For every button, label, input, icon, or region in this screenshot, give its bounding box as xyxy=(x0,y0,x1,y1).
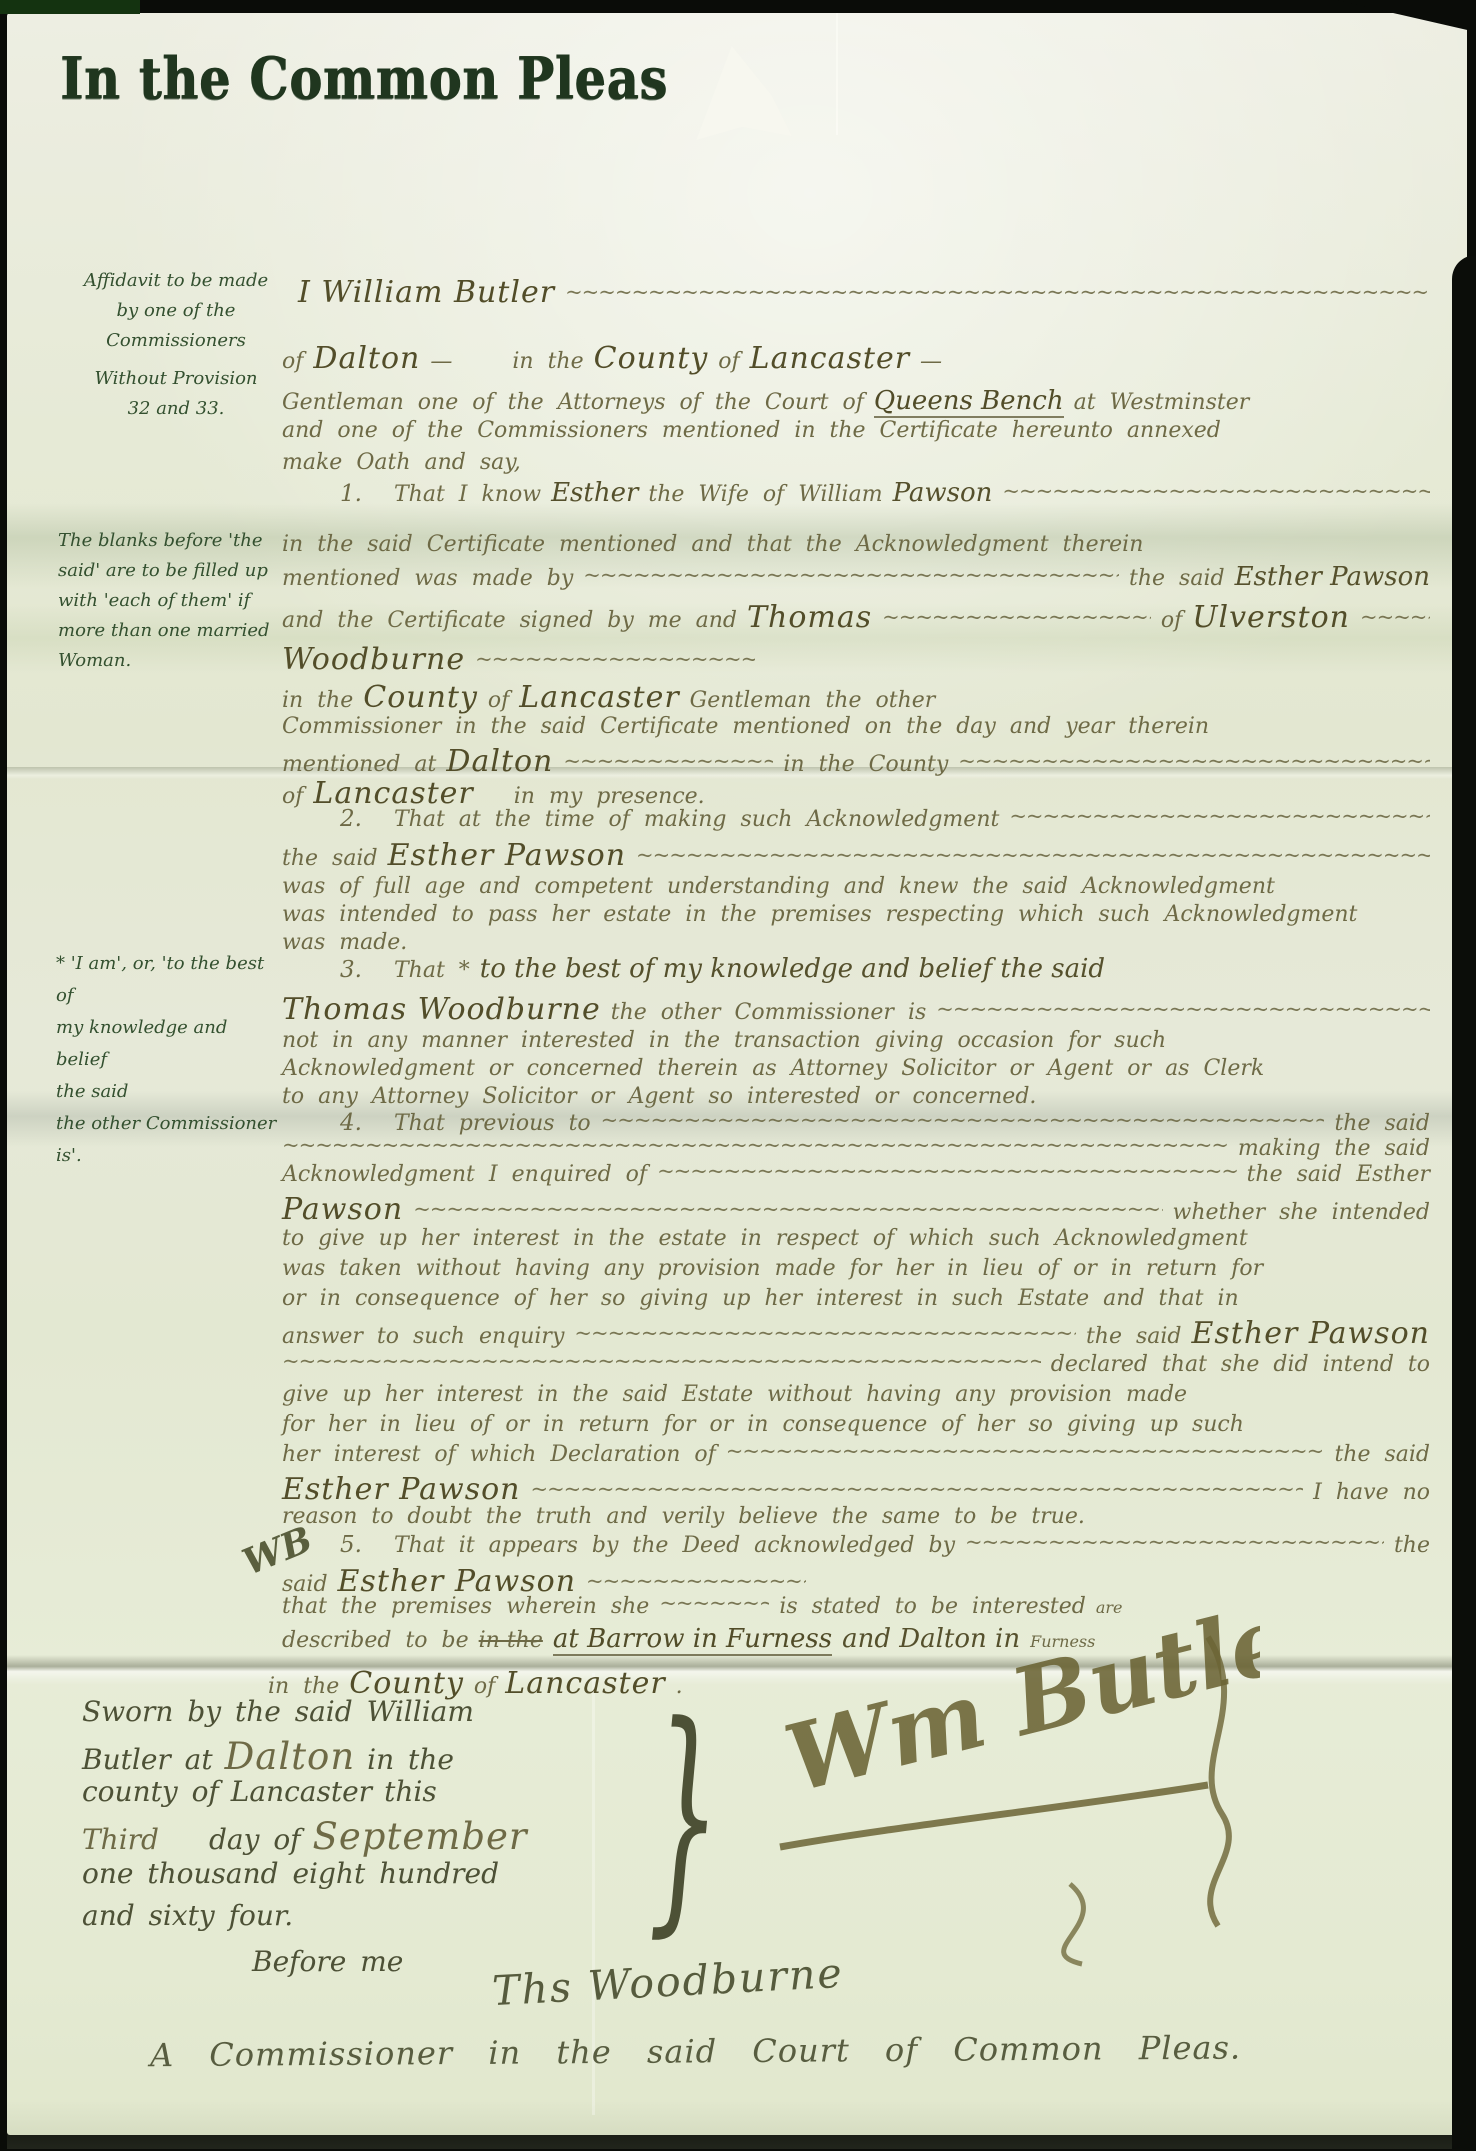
handwriting-segment: Queens Bench xyxy=(874,386,1064,418)
handwriting-segment: Pawson xyxy=(893,478,993,508)
handwritten-line: mentioned atDalton~~~~~~~~~~~~~~~~~~~~~~… xyxy=(282,744,1440,779)
handwritten-line: Esther Pawson~~~~~~~~~~~~~~~~~~~~~~~~~~~… xyxy=(282,1472,1440,1507)
filler-squiggle: ~~~~~~~~~~~~~~~~~~~~~~~~~~~~~~~~~~~~~~~~… xyxy=(936,997,1430,1021)
handwriting-segment: Third xyxy=(82,1823,159,1856)
filler-squiggle: ~~~~~~~~~~~~~~~~~~~~~~~~~~~~~~~~~~~~~~~~… xyxy=(1009,804,1430,828)
handwritten-line: ~~~~~~~~~~~~~~~~~~~~~~~~~~~~~~~~~~~~~~~~… xyxy=(282,1352,1440,1377)
margin-note-line: * 'I am', or, 'to the best of xyxy=(56,948,280,1012)
handwritten-line: Woodburne~~~~~~~~~~~~~~~~~~~~~~~~~~~~~~~… xyxy=(282,642,1440,677)
handwritten-line: Pawson~~~~~~~~~~~~~~~~~~~~~~~~~~~~~~~~~~… xyxy=(282,1192,1440,1227)
handwritten-line: in the said Certificate mentioned and th… xyxy=(282,532,1440,557)
filler-squiggle: ~~~~~~~~~~~~~~~~~~~~~~~~~~~~~~~~~~~~~~~~… xyxy=(636,843,1430,867)
handwriting-segment: Pawson xyxy=(282,1192,403,1227)
document-page: In the Common Pleas Affidavit to be made… xyxy=(0,0,1476,2151)
handwriting-segment: in the xyxy=(512,349,583,374)
margin-note-line: with 'each of them' if xyxy=(58,586,282,616)
filler-squiggle: ~~~~~~~~~~~~~~~~~~~~~~~~~~~~~~~~~~~~~~~~… xyxy=(958,749,1430,773)
handwriting-segment: Dalton xyxy=(446,744,553,779)
paragraph-number: 3. xyxy=(340,957,384,983)
handwritten-line: in theCountyofLancasterGentleman the oth… xyxy=(282,680,1440,715)
margin-note-line: my knowledge and belief xyxy=(56,1012,280,1076)
handwriting-segment: to any Attorney Solicitor or Agent so in… xyxy=(282,1084,1036,1109)
handwritten-line: was intended to pass her estate in the p… xyxy=(282,902,1440,927)
handwritten-line: was made. xyxy=(282,930,1440,955)
attestation-brace: } xyxy=(648,1672,721,1959)
handwriting-segment: the said xyxy=(1129,566,1225,591)
handwriting-segment: Esther Pawson xyxy=(1235,562,1430,592)
handwriting-segment: and sixty four. xyxy=(82,1899,293,1932)
handwriting-segment: was made. xyxy=(282,930,407,955)
handwriting-segment: of xyxy=(718,349,739,374)
margin-note-line: Woman. xyxy=(58,646,282,676)
handwritten-line: county ofLancasterthis xyxy=(82,1775,449,1808)
handwriting-segment: Sworn by the said William xyxy=(82,1695,474,1728)
handwriting-segment: Woodburne xyxy=(282,642,465,677)
handwriting-segment: the said Esther xyxy=(1247,1162,1430,1187)
filler-squiggle: ~~~~~~~~~~~~~~~~~~~~~~~~~~~~~~~~~~~~~~~~… xyxy=(1360,605,1430,629)
handwritten-line: and sixty four. xyxy=(82,1899,305,1932)
handwriting-segment: or in consequence of her so giving up he… xyxy=(282,1286,1239,1311)
margin-note-line: the said xyxy=(56,1076,280,1108)
handwriting-segment: one thousand eight hundred xyxy=(82,1857,499,1890)
handwriting-segment: Lancaster xyxy=(231,1775,372,1808)
handwriting-segment: Thomas xyxy=(747,600,872,635)
handwriting-segment: September xyxy=(313,1815,528,1858)
handwritten-line: ofDalton—in theCountyofLancaster— xyxy=(282,341,1440,376)
filler-squiggle: ~~~~~~~~~~~~~~~~~~~~~~~~~~~~~~~~~~~~~~~~… xyxy=(882,605,1151,629)
handwritten-line: make Oath and say, xyxy=(282,450,1440,475)
handwritten-line: Commissioner in the said Certificate men… xyxy=(282,714,1440,739)
paragraph-number: 2. xyxy=(340,806,384,832)
handwriting-segment: at Westminster xyxy=(1074,390,1250,415)
handwriting-segment: Commissioner in the said Certificate men… xyxy=(282,714,1209,739)
handwriting-segment: make Oath and say, xyxy=(282,450,521,475)
handwriting-segment: Dalton xyxy=(225,1735,356,1778)
handwritten-line: I William Butler~~~~~~~~~~~~~~~~~~~~~~~~… xyxy=(298,275,1440,310)
handwriting-segment: the said xyxy=(1334,1442,1430,1467)
margin-note-line: Commissioners xyxy=(72,326,280,356)
handwriting-segment: Acknowledgment or concerned therein as A… xyxy=(282,1056,1264,1081)
handwriting-segment: in the said Certificate mentioned and th… xyxy=(282,532,1143,557)
handwriting-segment: day of xyxy=(209,1823,301,1856)
handwriting-segment: mentioned was made by xyxy=(282,566,573,591)
handwriting-segment: in the County xyxy=(783,752,948,777)
filler-squiggle: ~~~~~~~~~~~~~~~~~~~~~~~~~~~~~~~~~~~~~~~~… xyxy=(565,280,1430,304)
handwriting-segment: County xyxy=(363,680,478,715)
handwriting-segment: in the xyxy=(367,1743,454,1776)
margin-note-line: 32 and 33. xyxy=(72,394,280,424)
handwritten-line: 2.That at the time of making such Acknow… xyxy=(282,806,1440,832)
margin-note-line: said' are to be filled up xyxy=(58,556,282,586)
handwritten-line: reason to doubt the truth and verily bel… xyxy=(282,1504,1440,1529)
handwriting-segment: Esther xyxy=(551,478,638,508)
filler-squiggle: ~~~~~~~~~~~~~~~~~~~~~~~~~~~~~~~~~~~~~~~~… xyxy=(282,1133,1228,1157)
margin-note-line: Without Provision xyxy=(72,364,280,394)
handwritten-line: Before me xyxy=(252,1945,415,1978)
handwritten-line: to any Attorney Solicitor or Agent so in… xyxy=(282,1084,1440,1109)
margin-note-line: Affidavit to be made xyxy=(72,266,280,296)
handwriting-segment: — xyxy=(920,349,942,374)
handwriting-segment: Butler at xyxy=(82,1743,213,1776)
handwriting-segment: That I know xyxy=(394,482,541,507)
handwriting-segment: That at the time of making such Acknowle… xyxy=(394,807,999,832)
handwritten-line: for her in lieu of or in return for or i… xyxy=(282,1412,1440,1437)
paragraph-number: 1. xyxy=(340,481,384,507)
handwritten-line: was taken without having any provision m… xyxy=(282,1256,1440,1281)
margin-note-line: The blanks before 'the xyxy=(58,526,282,556)
handwritten-line: not in any manner interested in the tran… xyxy=(282,1028,1440,1053)
margin-note-line: by one of the xyxy=(72,296,280,326)
handwriting-segment: That it appears by the Deed acknowledged… xyxy=(394,1533,955,1558)
handwriting-segment: reason to doubt the truth and verily bel… xyxy=(282,1504,1085,1529)
handwriting-segment: to the best of my knowledge and belief t… xyxy=(480,954,1105,984)
handwritten-line: 1.That I knowEstherthe Wife of WilliamPa… xyxy=(282,478,1440,508)
filler-squiggle: ~~~~~~~~~~~~~~~~~~~~~~~~~~~~~~~~~~~~~~~~… xyxy=(1002,479,1430,503)
handwriting-segment: That * xyxy=(394,958,470,983)
handwriting-segment: and the Certificate signed by me and xyxy=(282,608,737,633)
handwritten-line: to give up her interest in the estate in… xyxy=(282,1226,1440,1251)
dark-right-edge xyxy=(1452,255,1476,2151)
handwritten-line: Butler atDaltonin the xyxy=(82,1735,466,1778)
handwriting-segment: Gentleman the other xyxy=(690,688,936,713)
handwriting-segment: of xyxy=(1161,608,1182,633)
margin-note-blanks: The blanks before 'thesaid' are to be fi… xyxy=(58,526,282,676)
handwritten-line: was of full age and competent understand… xyxy=(282,874,1440,899)
handwriting-segment: the Wife of William xyxy=(648,482,882,507)
handwriting-segment: — xyxy=(430,349,452,374)
handwriting-segment: Acknowledgment I enquired of xyxy=(282,1162,647,1187)
handwriting-segment: her interest of which Declaration of xyxy=(282,1442,716,1467)
handwriting-segment: and one of the Commissioners mentioned i… xyxy=(282,418,1221,443)
filler-squiggle: ~~~~~~~~~~~~~~~~~~~~~~~~~~~~~~~~~~~~~~~~… xyxy=(530,1477,1303,1501)
handwriting-segment: Thomas Woodburne xyxy=(282,992,601,1027)
handwriting-segment: that the premises wherein she xyxy=(282,1594,649,1619)
handwriting-segment: the said xyxy=(1086,1324,1182,1349)
handwritten-line: one thousand eight hundred xyxy=(82,1857,511,1890)
filler-squiggle: ~~~~~~~~~~~~~~~~~~~~~~~~~~~~~~~~~~~~~~~~… xyxy=(601,1108,1325,1132)
handwriting-segment: give up her interest in the said Estate … xyxy=(282,1382,1187,1407)
handwriting-segment: answer to such enquiry xyxy=(282,1324,564,1349)
margin-note-line: more than one married xyxy=(58,616,282,646)
handwritten-line: Thomas Woodburnethe other Commissioner i… xyxy=(282,992,1440,1027)
signature-flourish-2 xyxy=(1064,1884,1084,1964)
handwriting-segment: was taken without having any provision m… xyxy=(282,1256,1263,1281)
paragraph-number: 5. xyxy=(340,1532,384,1558)
handwritten-line: ~~~~~~~~~~~~~~~~~~~~~~~~~~~~~~~~~~~~~~~~… xyxy=(282,1136,1440,1161)
handwriting-segment: Lancaster xyxy=(519,680,679,715)
filler-squiggle: ~~~~~~~~~~~~~~~~~~~~~~~~~~~~~~~~~~~~~~~~… xyxy=(574,1321,1076,1345)
handwritten-line: Gentleman one of the Attorneys of the Co… xyxy=(282,386,1440,418)
handwriting-segment: in the xyxy=(479,1628,543,1653)
handwriting-segment: Dalton xyxy=(313,341,420,376)
handwriting-segment: Esther Pawson xyxy=(282,1472,520,1507)
handwriting-segment: Gentleman one of the Attorneys of the Co… xyxy=(282,390,864,415)
handwriting-segment: was of full age and competent understand… xyxy=(282,874,1275,899)
handwriting-segment: this xyxy=(384,1775,437,1808)
handwritten-line: her interest of which Declaration of~~~~… xyxy=(282,1442,1440,1467)
butler-signature: Wm Butler xyxy=(770,1592,1260,1982)
filler-squiggle: ~~~~~~~~~~~~~~~~~~~~~~~~~~~~~~~~~~~~~~~~… xyxy=(475,647,755,671)
handwriting-segment: Lancaster xyxy=(750,341,910,376)
handwriting-segment: described to be xyxy=(282,1628,469,1653)
handwriting-segment: Before me xyxy=(252,1945,403,1978)
handwriting-segment: for her in lieu of or in return for or i… xyxy=(282,1412,1244,1437)
handwritten-line: 5.That it appears by the Deed acknowledg… xyxy=(282,1532,1440,1558)
handwriting-segment: to give up her interest in the estate in… xyxy=(282,1226,1248,1251)
handwriting-segment: of xyxy=(488,688,509,713)
handwritten-line: the saidEsther Pawson~~~~~~~~~~~~~~~~~~~… xyxy=(282,838,1440,873)
handwriting-segment: I have no xyxy=(1313,1480,1430,1505)
margin-note-affidavit: Affidavit to be madeby one of theCommiss… xyxy=(72,266,280,424)
handwritten-line: answer to such enquiry~~~~~~~~~~~~~~~~~~… xyxy=(282,1316,1440,1351)
handwriting-segment: Esther Pawson xyxy=(388,838,626,873)
handwritten-line: and one of the Commissioners mentioned i… xyxy=(282,418,1440,443)
handwriting-segment: the xyxy=(1394,1533,1430,1558)
handwriting-segment: of xyxy=(282,349,303,374)
filler-squiggle: ~~~~~~~~~~~~~~~~~~~~~~~~~~~~~~~~~~~~~~~~… xyxy=(726,1439,1325,1463)
filler-squiggle: ~~~~~~~~~~~~~~~~~~~~~~~~~~~~~~~~~~~~~~~~… xyxy=(413,1197,1162,1221)
handwriting-segment: the said xyxy=(282,846,378,871)
filler-squiggle: ~~~~~~~~~~~~~~~~~~~~~~~~~~~~~~~~~~~~~~~~… xyxy=(583,563,1119,587)
handwritten-line: mentioned was made by~~~~~~~~~~~~~~~~~~~… xyxy=(282,562,1440,592)
handwriting-segment: the other Commissioner is xyxy=(611,1000,927,1025)
handwriting-segment: declared that she did intend to xyxy=(1051,1352,1430,1377)
handwriting-segment: was intended to pass her estate in the p… xyxy=(282,902,1357,927)
filler-squiggle: ~~~~~~~~~~~~~~~~~~~~~~~~~~~~~~~~~~~~~~~~… xyxy=(282,1349,1041,1373)
attestation-block: Sworn by the said WilliamButler atDalton… xyxy=(82,1695,662,2075)
handwritten-line: 3.That *to the best of my knowledge and … xyxy=(282,954,1440,984)
margin-note-line: the other Commissioner is'. xyxy=(56,1108,280,1172)
handwriting-segment: whether she intended xyxy=(1173,1200,1430,1225)
handwritten-line: Acknowledgment or concerned therein as A… xyxy=(282,1056,1440,1081)
filler-squiggle: ~~~~~~~~~~~~~~~~~~~~~~~~~~~~~~~~~~~~~~~~… xyxy=(659,1591,769,1615)
handwriting-segment: making the said xyxy=(1238,1136,1430,1161)
handwritten-line: Thirdday ofSeptember xyxy=(82,1815,540,1858)
filler-squiggle: ~~~~~~~~~~~~~~~~~~~~~~~~~~~~~~~~~~~~~~~~… xyxy=(657,1159,1237,1183)
butler-signature-text: Wm Butler xyxy=(775,1592,1260,1813)
handwritten-line: or in consequence of her so giving up he… xyxy=(282,1286,1440,1311)
handwritten-line: and the Certificate signed by me andThom… xyxy=(282,600,1440,635)
filler-squiggle: ~~~~~~~~~~~~~~~~~~~~~~~~~~~~~~~~~~~~~~~~… xyxy=(563,749,773,773)
filler-squiggle: ~~~~~~~~~~~~~~~~~~~~~~~~~~~~~~~~~~~~~~~~… xyxy=(965,1530,1384,1554)
handwriting-segment: in the xyxy=(282,688,353,713)
handwritten-line: give up her interest in the said Estate … xyxy=(282,1382,1440,1407)
handwriting-segment: Esther Pawson xyxy=(1192,1316,1430,1351)
handwriting-segment: not in any manner interested in the tran… xyxy=(282,1028,1166,1053)
handwriting-segment: County xyxy=(594,341,709,376)
handwriting-segment: Ulverston xyxy=(1192,600,1350,635)
handwriting-segment: the said xyxy=(1334,1111,1430,1136)
handwriting-segment: county of xyxy=(82,1775,219,1808)
edge-sliver xyxy=(0,0,140,14)
margin-note-commissioner: * 'I am', or, 'to the best ofmy knowledg… xyxy=(56,948,280,1172)
handwriting-segment: I William Butler xyxy=(298,275,555,310)
handwriting-segment: mentioned at xyxy=(282,752,436,777)
handwritten-line: Acknowledgment I enquired of~~~~~~~~~~~~… xyxy=(282,1162,1440,1187)
filler-squiggle: ~~~~~~~~~~~~~~~~~~~~~~~~~~~~~~~~~~~~~~~~… xyxy=(586,1569,806,1593)
handwritten-line: Sworn by the said William xyxy=(82,1695,486,1728)
